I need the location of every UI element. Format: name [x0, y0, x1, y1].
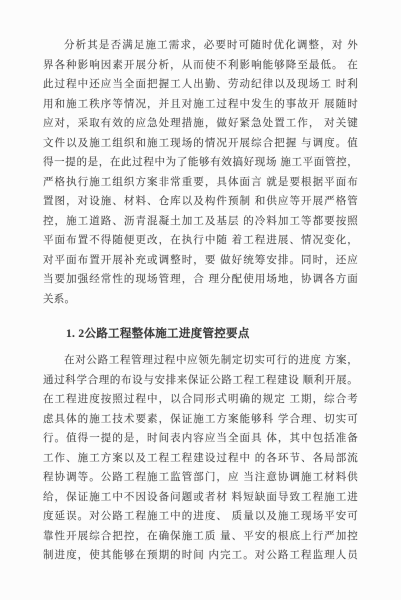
text-line: 此过程中还应当全面把握工人出勤、劳动纪律以及现场工 时利	[43, 75, 358, 95]
text-line: 在对公路工程管理过程中应领先制定切实可行的进度 方案，	[43, 351, 358, 371]
text-line: 置图，对设施、材料、仓库以及构件预制 和供应等开展严格管	[43, 192, 358, 212]
text-line: 当要加强经常性的现场管理，合 理分配使用场地，协调各方面	[43, 270, 358, 290]
text-line: 虑具体的施工技术要素，保证施工方案能够科 学合理、切实可	[43, 410, 358, 430]
text-line: 平面布置不得随便更改，在执行中随 着工程进展、情况变化，	[43, 231, 358, 251]
text-line: 度延误。对公路工程施工中的进度、 质量以及施工现场平安可	[43, 507, 358, 527]
text-line: 通过科学合理的布设与安排来保证公路工程工程建设 顺利开展。	[43, 371, 358, 391]
text-line: 程协调等。公路工程施工监管部门，应 当注意协调施工材料供	[43, 468, 358, 488]
text-line: 靠性开展综合把控，在确保施工质 量、平安的根底上行严加控	[43, 527, 358, 547]
text-line: 给，保证施工中不因设备问题或者材 料短缺面导致工程施工进	[43, 488, 358, 508]
text-line: 关系。	[43, 290, 358, 310]
paragraph-1: 分析其是否满足施工需求，必要时可随时优化调整，对 外 界各种影响因素开展分析，从…	[43, 36, 358, 309]
text-line: 控，施工道路、沥青混凝土加工及基层 的冷料加工等都要按照	[43, 212, 358, 232]
text-line: 文件以及施工组织和施工现场的情况开展综合把握 与调度。值	[43, 134, 358, 154]
text-line: 制进度，使其能够在预期的时间 内完工。对公路工程监理人员	[43, 546, 358, 566]
text-line: 工作、施工方案以及工程工程建设过程中 的各环节、各局部流	[43, 449, 358, 469]
document-page: 分析其是否满足施工需求，必要时可随时优化调整，对 外 界各种影响因素开展分析，从…	[0, 0, 401, 600]
text-line: 用和施工秩序等情况，并且对施工过程中发生的事故开 展随时	[43, 95, 358, 115]
text-line: 严格执行施工组织方案非常重要，具体面言 就是要根据平面布	[43, 173, 358, 193]
text-line: 得一提的是，在此过程中为了能够有效搞好现场 施工平面管控，	[43, 153, 358, 173]
section-heading: 1. 2公路工程整体施工进度管控要点	[43, 324, 358, 344]
text-line: 对平面布置开展补充或调整时，要 做好统筹安排。同时，还应	[43, 251, 358, 271]
paragraph-2: 在对公路工程管理过程中应领先制定切实可行的进度 方案， 通过科学合理的布设与安排…	[43, 351, 358, 566]
text-line: 行。值得一提的是，时间表内容应当全面具 体，其中包括准备	[43, 429, 358, 449]
text-line: 应对，采取有效的应急处理措施，做好紧急处置工作， 对关键	[43, 114, 358, 134]
text-line: 界各种影响因素开展分析，从而使不利影响能够降至最低。 在	[43, 56, 358, 76]
text-line: 分析其是否满足施工需求，必要时可随时优化调整，对 外	[43, 36, 358, 56]
text-line: 在工程进度按照过程中，以合同形式明确的规定 工期，综合考	[43, 390, 358, 410]
